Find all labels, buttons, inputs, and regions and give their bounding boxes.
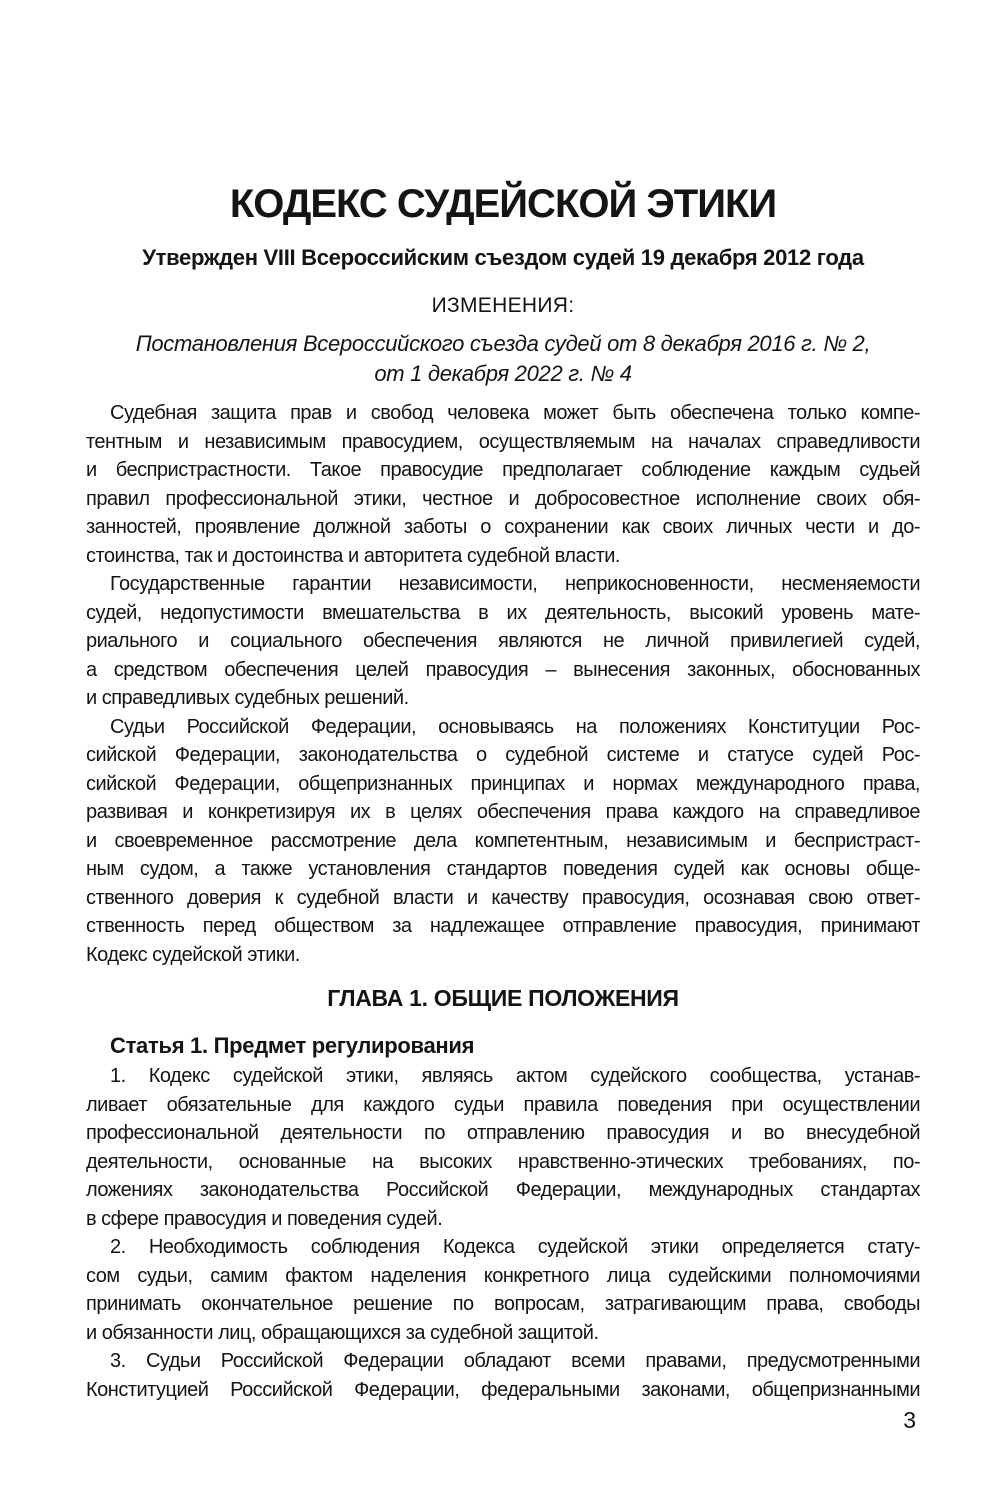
preamble: Судебная защита прав и свобод человека м… — [86, 399, 920, 969]
text-line: Государственные гарантии независимости, … — [86, 570, 920, 599]
changes-block: Постановления Всероссийского съезда суде… — [86, 329, 920, 389]
text-line: Конституцией Российской Федерации, федер… — [86, 1376, 920, 1405]
text-line: занностей, проявление должной заботы о с… — [86, 513, 920, 542]
text-line: в сфере правосудия и поведения судей. — [86, 1205, 920, 1234]
text-line: Кодекс судейской этики. — [86, 941, 920, 970]
paragraph: 1. Кодекс судейской этики, являясь актом… — [86, 1062, 920, 1233]
text-line: и справедливых судебных решений. — [86, 684, 920, 713]
text-line: а средством обеспечения целей правосудия… — [86, 656, 920, 685]
paragraph: 2. Необходимость соблюдения Кодекса суде… — [86, 1233, 920, 1347]
text-line: риального и социального обеспечения явля… — [86, 627, 920, 656]
text-line: и беспристрастности. Такое правосудие пр… — [86, 456, 920, 485]
text-line: стоинства, так и достоинства и авторитет… — [86, 542, 920, 571]
text-line: Судебная защита прав и свобод человека м… — [86, 399, 920, 428]
text-line: правил профессиональной этики, честное и… — [86, 485, 920, 514]
text-line: и своевременное рассмотрение дела компет… — [86, 827, 920, 856]
article-body: 1. Кодекс судейской этики, являясь актом… — [86, 1062, 920, 1404]
text-line: ложениях законодательства Российской Фед… — [86, 1176, 920, 1205]
text-line: сийской Федерации, общепризнанных принци… — [86, 770, 920, 799]
chapter-heading: ГЛАВА 1. ОБЩИЕ ПОЛОЖЕНИЯ — [86, 984, 920, 1012]
approval-line: Утвержден VIII Всероссийским съездом суд… — [86, 244, 920, 272]
page-number: 3 — [86, 1407, 920, 1433]
text-line: ливает обязательные для каждого судьи пр… — [86, 1091, 920, 1120]
paragraph: Судьи Российской Федерации, основываясь … — [86, 713, 920, 970]
text-line: ственного доверия к судебной власти и ка… — [86, 884, 920, 913]
text-line: ственность перед обществом за надлежащее… — [86, 912, 920, 941]
text-line: Судьи Российской Федерации, основываясь … — [86, 713, 920, 742]
text-line: сийской Федерации, законодательства о су… — [86, 741, 920, 770]
text-line: 1. Кодекс судейской этики, являясь актом… — [86, 1062, 920, 1091]
text-line: профессиональной деятельности по отправл… — [86, 1119, 920, 1148]
changes-line: Постановления Всероссийского съезда суде… — [86, 329, 920, 359]
text-line: 2. Необходимость соблюдения Кодекса суде… — [86, 1233, 920, 1262]
document-title: КОДЕКС СУДЕЙСКОЙ ЭТИКИ — [86, 181, 920, 227]
paragraph: Судебная защита прав и свобод человека м… — [86, 399, 920, 570]
changes-label: ИЗМЕНЕНИЯ: — [86, 293, 920, 319]
article-heading: Статья 1. Предмет регулирования — [86, 1032, 920, 1060]
text-line: судей, недопустимости вмешательства в их… — [86, 599, 920, 628]
text-line: сом судьи, самим фактом наделения конкре… — [86, 1262, 920, 1291]
paragraph: Государственные гарантии независимости, … — [86, 570, 920, 713]
text-line: ным судом, а также установления стандарт… — [86, 855, 920, 884]
document-page: КОДЕКС СУДЕЙСКОЙ ЭТИКИ Утвержден VIII Вс… — [0, 0, 1000, 1485]
text-line: развивая и конкретизируя их в целях обес… — [86, 798, 920, 827]
paragraph: 3. Судьи Российской Федерации обладают в… — [86, 1347, 920, 1404]
text-line: принимать окончательное решение по вопро… — [86, 1290, 920, 1319]
text-line: тентным и независимым правосудием, осуще… — [86, 428, 920, 457]
changes-line: от 1 декабря 2022 г. № 4 — [86, 359, 920, 389]
text-line: деятельности, основанные на высоких нрав… — [86, 1148, 920, 1177]
text-line: 3. Судьи Российской Федерации обладают в… — [86, 1347, 920, 1376]
text-line: и обязанности лиц, обращающихся за судеб… — [86, 1319, 920, 1348]
